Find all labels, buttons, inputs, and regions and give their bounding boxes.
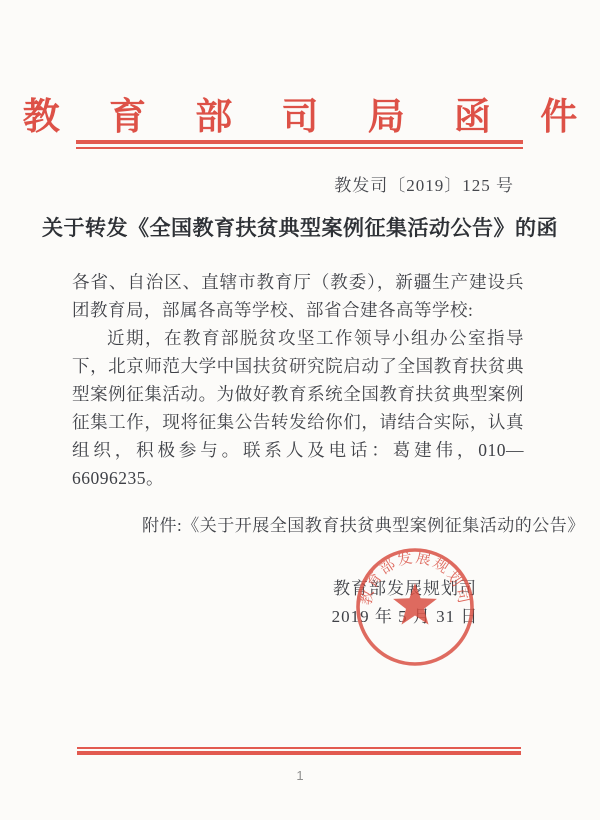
body-text: 各省、自治区、直辖市教育厅（教委），新疆生产建设兵团教育局，部属各高等学校、部省…: [72, 268, 524, 492]
scanned-document-page: 教 育 部 司 局 函 件 教发司〔2019〕125 号 关于转发《全国教育扶贫…: [0, 0, 600, 820]
official-seal: 教育部发展规划司: [345, 537, 485, 677]
attachment-line: 附件:《关于开展全国教育扶贫典型案例征集活动的公告》: [142, 511, 562, 536]
document-number: 教发司〔2019〕125 号: [334, 171, 514, 196]
page-number: 1: [240, 768, 360, 783]
paragraph-recipients: 各省、自治区、直辖市教育厅（教委），新疆生产建设兵团教育局，部属各高等学校、部省…: [72, 268, 524, 324]
star-icon: [393, 583, 437, 625]
document-title: 关于转发《全国教育扶贫典型案例征集活动公告》的函: [30, 212, 570, 242]
header-rule-thick: [76, 140, 523, 144]
paragraph-main: 近期，在教育部脱贫攻坚工作领导小组办公室指导下，北京师范大学中国扶贫研究院启动了…: [72, 324, 524, 492]
header-rule-thin: [76, 147, 523, 149]
letterhead-title: 教 育 部 司 局 函 件: [0, 86, 600, 140]
footer-rule-thick: [77, 751, 521, 755]
footer-rule-thin: [77, 747, 521, 749]
